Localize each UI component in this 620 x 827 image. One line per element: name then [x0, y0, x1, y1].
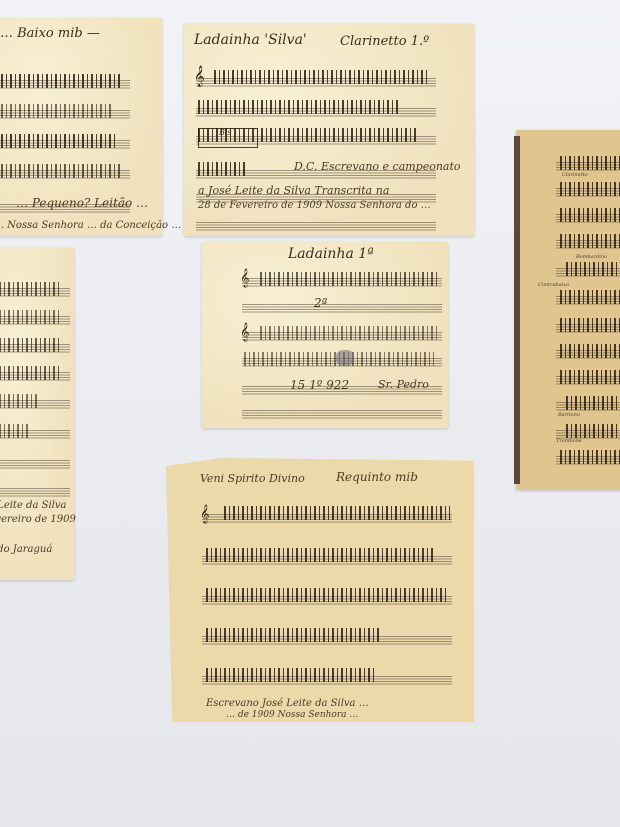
subtitle: 2ª	[314, 296, 327, 310]
notes	[560, 234, 620, 248]
part-label: Clarinetto 1.º	[340, 34, 429, 49]
sheet-title: … Baixo mib —	[0, 26, 100, 41]
staff	[242, 410, 442, 420]
notes	[0, 164, 122, 178]
notes	[224, 506, 450, 520]
sheet-edge-shadow	[514, 136, 520, 484]
notes	[206, 548, 436, 562]
notes	[560, 370, 620, 384]
notes	[198, 100, 398, 114]
sheet-title: Ladainha 1ª	[288, 246, 374, 262]
notes	[0, 366, 62, 380]
notes	[198, 162, 248, 176]
sheet-title: Veni Spirito Divino	[200, 472, 305, 485]
notes	[0, 394, 40, 408]
annotation: Clarinetto	[562, 172, 588, 178]
notes	[206, 628, 382, 642]
notes	[206, 668, 376, 682]
notes	[260, 326, 438, 340]
notes	[0, 424, 30, 438]
footer-line: 28 de Fevereiro de 1909 Nossa Senhora do…	[198, 200, 431, 211]
footer-line: … do Jaraguá	[0, 544, 52, 555]
notes	[260, 272, 438, 286]
annotation: Bombardino	[576, 254, 607, 260]
footer-line: … Pequeno? Leitão …	[16, 196, 148, 210]
notes	[560, 450, 620, 464]
part-label: Requinto mib	[336, 470, 418, 484]
notes	[0, 310, 60, 324]
notes	[206, 588, 446, 602]
footer-line: … Nossa Senhora … da Conceição …	[0, 220, 181, 231]
staff	[0, 460, 70, 470]
footer-line: … de 1909 Nossa Senhora …	[226, 710, 358, 720]
notes	[566, 396, 620, 410]
notes	[0, 134, 117, 148]
staff	[196, 222, 436, 232]
notes	[560, 344, 620, 358]
manuscript-sheet-left-middle: … Leite da Silva … Fevereiro de 1909 … d…	[0, 248, 74, 580]
notes	[560, 156, 620, 170]
annotation: Baritono	[558, 412, 580, 418]
footer-date: 15 1º 922	[290, 378, 349, 392]
notes	[560, 182, 620, 196]
sheet-title: Ladainha 'Silva'	[194, 32, 307, 48]
manuscript-sheet-top-center: Ladainha 'Silva' Clarinetto 1.º 𝄞 Bis D.…	[184, 24, 474, 236]
notes	[0, 74, 122, 88]
manuscript-sheet-right: Clarinetto Bombardino Contrabaixo Barito…	[516, 130, 620, 490]
notes	[566, 262, 620, 276]
footer-line: Escrevano José Leite da Silva …	[206, 698, 369, 709]
staff	[242, 304, 442, 314]
notes	[0, 104, 112, 118]
notes	[560, 318, 620, 332]
notes	[0, 338, 60, 352]
manuscript-sheet-top-left: … Baixo mib — … Pequeno? Leitão … … Noss…	[0, 18, 162, 236]
annotation: Trombone	[556, 438, 582, 444]
notes	[566, 424, 620, 438]
notes	[214, 70, 429, 84]
notes	[560, 290, 620, 304]
footer-signature: Sr. Pedro	[378, 378, 429, 391]
notes	[560, 208, 620, 222]
staff	[0, 488, 70, 498]
footer-text: D.C. Escrevano e campeonato	[294, 160, 461, 173]
footer-line: … Fevereiro de 1909	[0, 514, 76, 525]
annotation: Contrabaixo	[538, 282, 569, 288]
footer-line: a José Leite da Silva Transcrita na	[198, 184, 389, 197]
ink-smudge	[336, 350, 354, 366]
notes	[198, 128, 418, 142]
notes	[0, 282, 60, 296]
manuscript-sheet-middle-center: Ladainha 1ª 𝄞 2ª 𝄞 15 1º 922 Sr. Pedro	[202, 242, 448, 428]
footer-line: … Leite da Silva	[0, 500, 66, 511]
manuscript-sheet-bottom-center: Veni Spirito Divino Requinto mib 𝄞 Escre…	[166, 458, 474, 722]
